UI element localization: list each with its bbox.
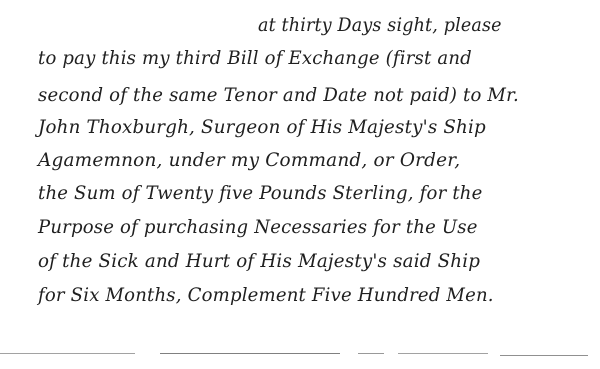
document-page: at thirty Days sight, please to pay this… [0, 0, 600, 369]
divider-rule [398, 353, 488, 354]
text-line-5: Agamemnon, under my Command, or Order, [38, 149, 460, 171]
divider-rule [358, 353, 384, 354]
text-line-2: to pay this my third Bill of Exchange (f… [38, 47, 472, 69]
text-line-1: at thirty Days sight, please [258, 14, 502, 36]
divider-rule [0, 353, 135, 354]
text-line-9: for Six Months, Complement Five Hundred … [38, 284, 494, 306]
text-line-8: of the Sick and Hurt of His Majesty's sa… [38, 250, 480, 272]
text-line-6: the Sum of Twenty five Pounds Sterling, … [38, 182, 482, 204]
divider-rule [500, 355, 588, 356]
text-line-7: Purpose of purchasing Necessaries for th… [38, 216, 478, 238]
text-line-3: second of the same Tenor and Date not pa… [38, 84, 519, 106]
text-line-4: John Thoxburgh, Surgeon of His Majesty's… [38, 116, 486, 138]
divider-rule [160, 353, 340, 354]
